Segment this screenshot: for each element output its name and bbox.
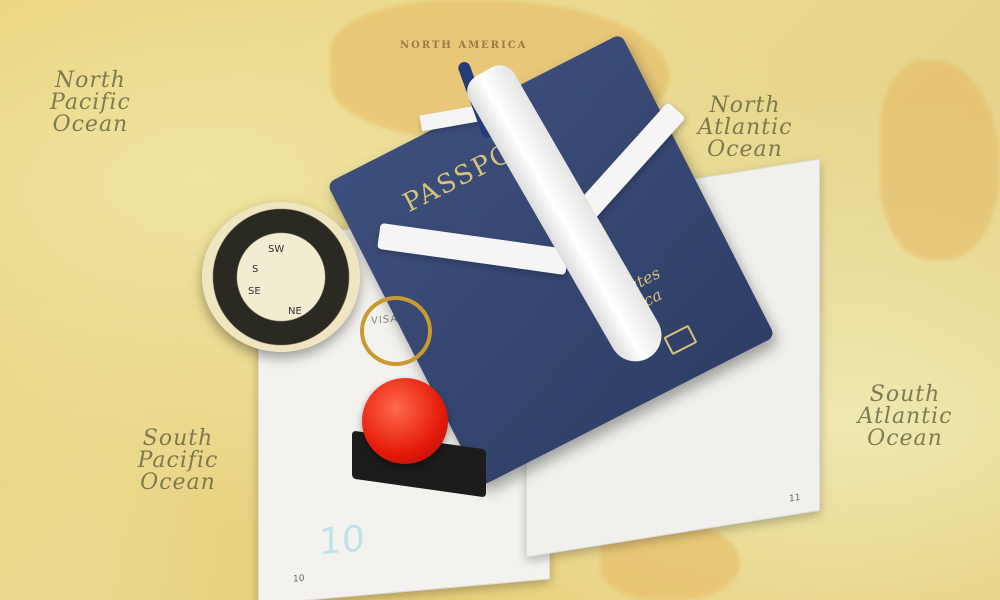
africa-landmass <box>880 60 1000 260</box>
north-atlantic-label: NorthAtlanticOcean <box>690 95 800 161</box>
compass-label-se: SE <box>248 286 261 297</box>
south-atlantic-label: SouthAtlanticOcean <box>845 384 965 450</box>
brass-compass: SW S SE NE <box>202 202 360 352</box>
biometric-chip-icon <box>663 325 697 356</box>
compass-label-s: S <box>252 264 258 275</box>
page-watermark-number: 10 <box>319 518 365 563</box>
compass-label-sw: SW <box>268 244 284 255</box>
rubber-stamp-handle <box>362 378 448 464</box>
left-page-number: 10 <box>293 574 304 585</box>
compass-label-ne: NE <box>288 306 302 317</box>
right-page-number: 11 <box>789 493 800 505</box>
compass-ring <box>360 296 432 366</box>
north-pacific-label: NorthPacificOcean <box>50 70 131 136</box>
south-pacific-label: SouthPacificOcean <box>118 428 238 494</box>
north-america-label: NORTH AMERICA <box>400 40 528 51</box>
